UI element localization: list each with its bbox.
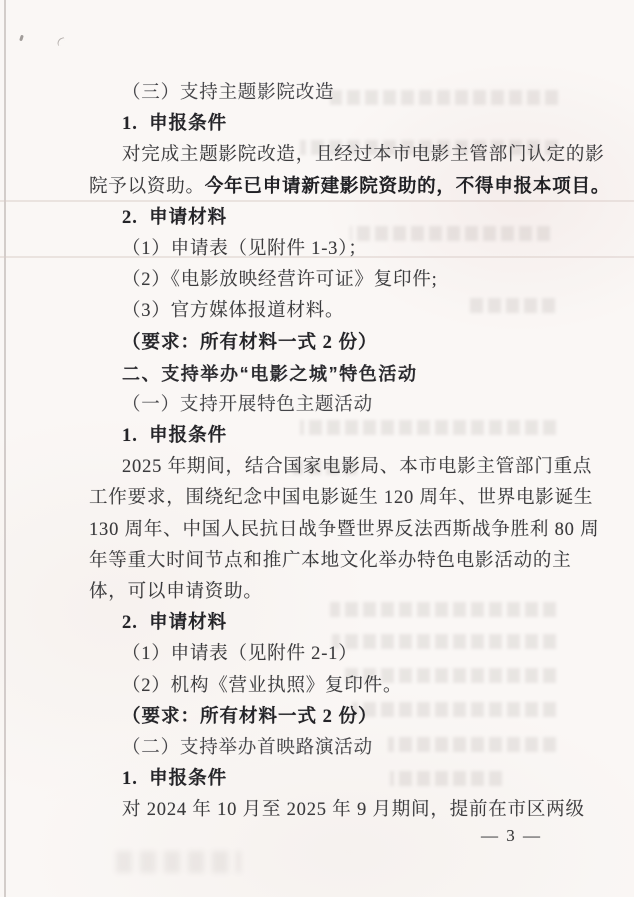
body-line: 对 2024 年 10 月至 2025 年 9 月期间，提前在市区两级 [89,795,561,826]
text-segment: 对 2024 年 10 月至 2025 年 9 月期间，提前在市区两级 [122,800,585,820]
document-body: （三）支持主题影院改造1. 申报条件对完成主题影院改造，且经过本市电影主管部门认… [89,78,561,827]
application-materials-heading: 2. 申请材料 [89,203,561,234]
text-segment: 1. 申报条件 [122,426,227,446]
application-conditions-heading: 1. 申报条件 [89,109,561,140]
section-1-3-heading: （三）支持主题影院改造 [89,78,561,109]
text-segment: （1）申请表（见附件 2-1） [122,644,358,664]
material-item: （3）官方媒体报道材料。 [89,296,561,327]
text-segment: 年等重大时间节点和推广本地文化举办特色电影活动的主 [89,551,572,571]
materials-requirement-note: （要求：所有材料一式 2 份） [89,328,561,359]
scan-speck [19,35,24,42]
text-segment: 130 周年、中国人民抗日战争暨世界反法西斯战争胜利 80 周 [89,520,599,540]
text-segment: 1. 申报条件 [122,769,227,789]
material-item: （2）机构《营业执照》复印件。 [89,671,561,702]
materials-requirement-note: （要求：所有材料一式 2 份） [89,702,561,733]
scanned-document-page: （三）支持主题影院改造1. 申报条件对完成主题影院改造，且经过本市电影主管部门认… [0,0,634,897]
text-segment: 院予以资助。 [89,177,205,197]
body-line: 院予以资助。今年已申请新建影院资助的，不得申报本项目。 [89,172,561,203]
body-line: 130 周年、中国人民抗日战争暨世界反法西斯战争胜利 80 周 [89,515,561,546]
body-line: 工作要求，围绕纪念中国电影诞生 120 周年、世界电影诞生 [89,483,561,514]
text-segment: （2）《电影放映经营许可证》复印件; [122,270,438,290]
material-item: （1）申请表（见附件 1-3）； [89,234,561,265]
text-segment: （2）机构《营业执照》复印件。 [122,676,402,696]
application-materials-heading: 2. 申请材料 [89,608,561,639]
material-item: （1）申请表（见附件 2-1） [89,639,561,670]
text-segment: （二）支持举办首映路演活动 [122,738,373,758]
emphasis-text: 今年已申请新建影院资助的，不得申报本项目。 [205,177,610,197]
section-2-1-heading: （一）支持开展特色主题活动 [89,390,561,421]
page-number: — 3 — [481,826,542,846]
scan-smudge [116,851,241,873]
body-line: 2025 年期间，结合国家电影局、本市电影主管部门重点 [89,452,561,483]
text-segment: （3）官方媒体报道材料。 [122,301,344,321]
text-segment: 1. 申报条件 [122,114,227,134]
text-segment: （一）支持开展特色主题活动 [122,395,373,415]
body-line: 体，可以申请资助。 [89,577,561,608]
scan-edge-line [4,0,6,897]
text-segment: 对完成主题影院改造，且经过本市电影主管部门认定的影 [122,145,605,165]
text-segment: （1）申请表（见附件 1-3）； [122,239,368,259]
text-segment: 2. 申请材料 [122,613,227,633]
body-line: 年等重大时间节点和推广本地文化举办特色电影活动的主 [89,546,561,577]
application-conditions-heading: 1. 申报条件 [89,421,561,452]
section-2-2-heading: （二）支持举办首映路演活动 [89,733,561,764]
material-item: （2）《电影放映经营许可证》复印件; [89,265,561,296]
scan-speck [56,37,65,46]
section-2-heading: 二、支持举办“电影之城”特色活动 [89,359,561,390]
text-segment: （三）支持主题影院改造 [122,83,334,103]
text-segment: 工作要求，围绕纪念中国电影诞生 120 周年、世界电影诞生 [89,488,593,508]
text-segment: （要求：所有材料一式 2 份） [122,707,378,727]
application-conditions-heading: 1. 申报条件 [89,764,561,795]
text-segment: 二、支持举办“电影之城”特色活动 [122,364,418,384]
body-line: 对完成主题影院改造，且经过本市电影主管部门认定的影 [89,140,561,171]
text-segment: （要求：所有材料一式 2 份） [122,333,378,353]
text-segment: 体，可以申请资助。 [89,582,263,602]
text-segment: 2025 年期间，结合国家电影局、本市电影主管部门重点 [122,457,592,477]
text-segment: 2. 申请材料 [122,208,227,228]
